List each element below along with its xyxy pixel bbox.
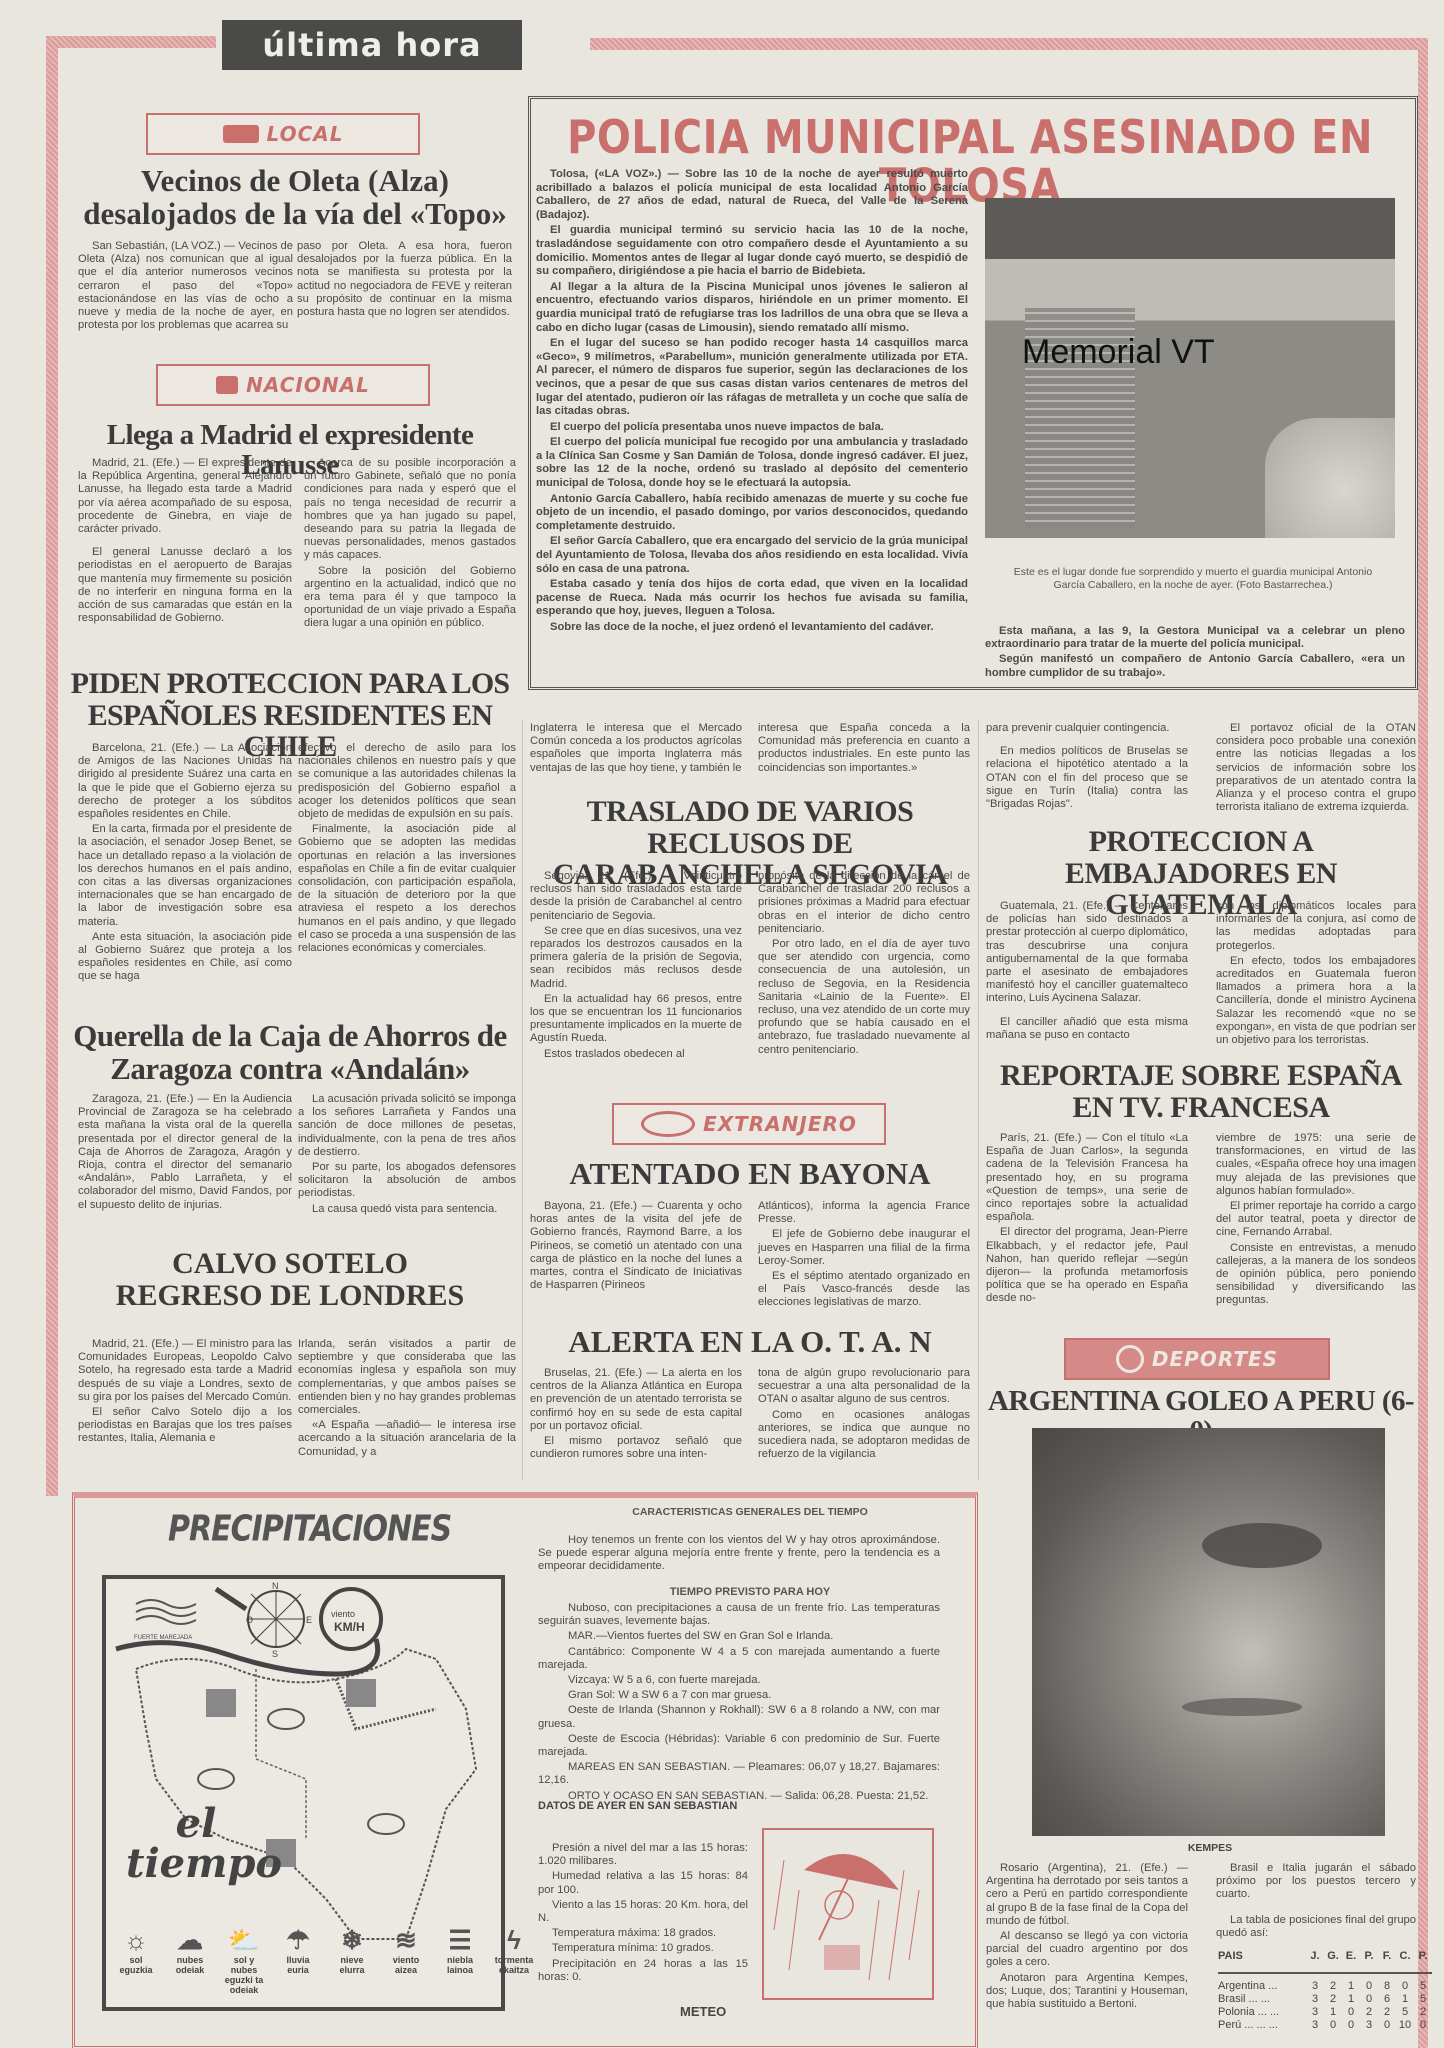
standings-row: Perú ... ... ... 3 0 0 3 0 10 0 [1218, 2019, 1432, 2032]
weather-general-text: Hoy tenemos un frente con los vientos de… [538, 1534, 940, 1574]
section-label-deportes: DEPORTES [1152, 1347, 1278, 1371]
article-oleta-col2: paso por Oleta. A esa hora, fueron desal… [297, 240, 512, 319]
legend-wind: ≋vientoaizea [384, 1925, 428, 1995]
article-guatemala-col1: Guatemala, 21. (Efe.) — Centenares de po… [986, 900, 1188, 1042]
weather-yesterday-title: DATOS DE AYER EN SAN SEBASTIAN [538, 1800, 737, 1812]
umbrella-illustration [762, 1828, 934, 2000]
article-calvo-col2: Irlanda, serán visitados a partir de sep… [298, 1338, 516, 1459]
article-calvo-cont-col1: Inglaterra le interesa que el Mercado Co… [530, 722, 742, 775]
kempes-caption: KEMPES [1130, 1842, 1290, 1855]
svg-text:N: N [272, 1581, 279, 1591]
article-lead-body: Tolosa, («LA VOZ».) — Sobre las 10 de la… [536, 168, 968, 635]
standings-row: Polonia ... ... 3 1 0 2 2 5 2 [1218, 2006, 1432, 2019]
weather-general-title: CARACTERISTICAS GENERALES DEL TIEMPO [540, 1506, 960, 1518]
article-lanusse-col1: Madrid, 21. (Efe.) — El expresidente de … [78, 457, 292, 625]
headline-otan: ALERTA EN LA O. T. A. N [530, 1326, 970, 1359]
map-brand: el tiempo [126, 1804, 266, 1884]
storm-icon: ϟ [492, 1925, 536, 1955]
legend-rain: ☂lluviaeuria [276, 1925, 320, 1995]
weather-signature: METEO [680, 2004, 726, 2019]
section-label-local: LOCAL [267, 122, 344, 146]
article-otan-cont-col2: El portavoz oficial de la OTAN considera… [1216, 722, 1416, 814]
masthead-title: última hora [222, 20, 522, 70]
legend-sun: ☼soleguzkia [114, 1925, 158, 1995]
svg-text:E: E [306, 1615, 312, 1625]
svg-text:KM/H: KM/H [334, 1620, 365, 1634]
sun-icon: ☼ [114, 1925, 158, 1955]
headline-bayona: ATENTADO EN BAYONA [530, 1158, 970, 1191]
photo-rubble [1265, 418, 1395, 538]
article-guatemala-col2: con los diplomáticos locales para inform… [1216, 900, 1416, 1047]
article-zaragoza-col1: Zaragoza, 21. (Efe.) — En la Audiencia P… [78, 1093, 292, 1212]
legend-snow: ❄nieveelurra [330, 1925, 374, 1995]
article-bayona-col2: Atlánticos), informa la agencia France P… [758, 1200, 970, 1310]
svg-text:viento: viento [331, 1609, 355, 1619]
weather-forecast: Nuboso, con precipitaciones a causa de u… [538, 1602, 940, 1803]
weather-legend: ☼soleguzkia ☁nubesodeiak ⛅sol y nubesegu… [114, 1925, 536, 1995]
sun-clouds-icon: ⛅ [222, 1925, 266, 1955]
standings-header: PAIS J. G. E. P. F. C. P. [1218, 1950, 1432, 1974]
olympic-rings-icon [1116, 1345, 1144, 1373]
weather-title: PRECIPITACIONES [168, 1508, 448, 1550]
lead-photo-caption: Este es el lugar donde fue sorprendido y… [998, 566, 1388, 592]
snow-icon: ❄ [330, 1925, 374, 1955]
section-tag-extranjero: EXTRANJERO [612, 1103, 886, 1145]
frame-bar-top-left [46, 36, 216, 48]
article-carabanchel-col2: propósito de la dirección de la cárcel d… [758, 870, 970, 1057]
frame-bar-left [46, 36, 58, 1496]
legend-clouds: ☁nubesodeiak [168, 1925, 212, 1995]
article-otan-col2: tona de algún grupo revolucionario para … [758, 1367, 970, 1461]
child-umbrella-icon [764, 1830, 932, 1998]
weather-map: viento KM/H N S O E FUERTE MAREJADA el t… [102, 1575, 505, 2011]
kempes-photo [1032, 1428, 1385, 1836]
article-deportes-col1: Rosario (Argentina), 21. (Efe.) — Argent… [986, 1862, 1188, 2011]
section-label-nacional: NACIONAL [246, 373, 370, 397]
standings-table: PAIS J. G. E. P. F. C. P. Argentina ... … [1218, 1950, 1432, 2032]
map-coast-label: FUERTE MAREJADA [134, 1635, 192, 1641]
article-chile-col2: efectivo el derecho de asilo para los na… [298, 742, 516, 955]
headline-oleta: Vecinos de Oleta (Alza) desalojados de l… [70, 165, 520, 230]
article-lead-after-photo: Esta mañana, a las 9, la Gestora Municip… [985, 625, 1405, 680]
article-zaragoza-col2: La acusación privada solicitó se imponga… [298, 1093, 516, 1216]
article-oleta-col1: San Sebastián, (LA VOZ.) — Vecinos de Ol… [78, 240, 293, 332]
article-otan-cont-col1: para prevenir cualquier contingencia. En… [986, 722, 1188, 811]
legend-storm: ϟtormentaekaitza [492, 1925, 536, 1995]
weather-yesterday-data: Presión a nivel del mar a las 15 horas: … [538, 1842, 748, 1984]
globe-logo-icon [641, 1111, 695, 1137]
article-bayona-col1: Bayona, 21. (Efe.) — Cuarenta y ocho hor… [530, 1200, 742, 1292]
column-rule [522, 720, 523, 1480]
frame-bar-top-right [590, 38, 1420, 50]
newspaper-page: última hora LOCAL Vecinos de Oleta (Alza… [0, 0, 1444, 2048]
standings-row: Brasil ... ... 3 2 1 0 6 1 5 [1218, 1993, 1432, 2006]
standings-row: Argentina ... 3 2 1 0 8 0 5 [1218, 1980, 1432, 1993]
svg-text:S: S [272, 1649, 278, 1659]
headline-zaragoza: Querella de la Caja de Ahorros de Zarago… [70, 1020, 510, 1085]
rain-icon: ☂ [276, 1925, 320, 1955]
wind-icon: ≋ [384, 1925, 428, 1955]
weather-forecast-title: TIEMPO PREVISTO PARA HOY [540, 1586, 960, 1598]
article-deportes-col2: Brasil e Italia jugarán el sábado próxim… [1216, 1862, 1416, 1940]
article-calvo-col1: Madrid, 21. (Efe.) — El ministro para la… [78, 1338, 292, 1446]
nacional-logo-icon [216, 376, 238, 394]
legend-fog: ☰nieblalainoa [438, 1925, 482, 1995]
photo-watermark: Memorial VT [1022, 333, 1215, 372]
article-carabanchel-col1: Segovia, 21. (Efe.) — Veinticuatro reclu… [530, 870, 742, 1061]
photo-eye-shadow [1202, 1523, 1322, 1568]
section-tag-deportes: DEPORTES [1064, 1338, 1330, 1380]
section-label-extranjero: EXTRANJERO [703, 1112, 857, 1136]
column-rule [978, 720, 979, 1480]
article-otan-col1: Bruselas, 21. (Efe.) — La alerta en los … [530, 1367, 742, 1461]
legend-sun-clouds: ⛅sol y nubeseguzki ta odeiak [222, 1925, 266, 1995]
article-chile-col1: Barcelona, 21. (Efe.) — La Asociación de… [78, 742, 292, 984]
article-calvo-cont-col2: interesa que España conceda a la Comunid… [758, 722, 970, 775]
photo-mouth-shadow [1182, 1698, 1302, 1716]
article-francia-col1: París, 21. (Efe.) — Con el título «La Es… [986, 1132, 1188, 1306]
headline-francia: REPORTAJE SOBRE ESPAÑA EN TV. FRANCESA [986, 1060, 1416, 1123]
article-lanusse-col2: Acerca de su posible incorporación a un … [304, 457, 516, 631]
clouds-icon: ☁ [168, 1925, 212, 1955]
article-francia-col2: viembre de 1975: una serie de transforma… [1216, 1132, 1416, 1308]
local-logo-icon [223, 125, 259, 143]
section-tag-nacional: NACIONAL [156, 364, 430, 406]
fog-icon: ☰ [438, 1925, 482, 1955]
headline-calvo-sotelo: CALVO SOTELO REGRESO DE LONDRES [100, 1248, 480, 1311]
svg-text:O: O [246, 1615, 253, 1625]
section-tag-local: LOCAL [146, 113, 420, 155]
frame-bar-right [1418, 38, 1428, 2048]
